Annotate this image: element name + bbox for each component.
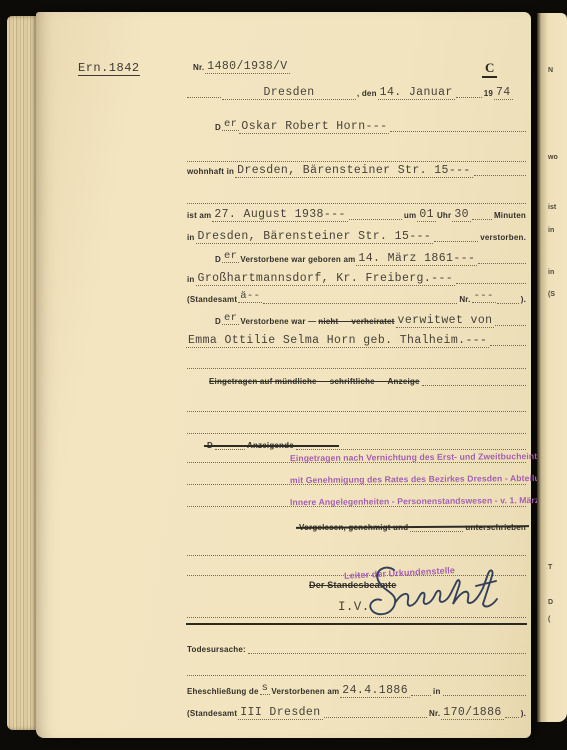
next-page-edge: N wo ist in in (S T D ( bbox=[537, 13, 567, 722]
year-prefix: 19 bbox=[483, 89, 494, 100]
archive-file-note: Ern.1842 bbox=[78, 61, 140, 76]
blank-rule bbox=[187, 555, 526, 556]
residence-line: wohnhaft in Dresden, Bärensteiner Str. 1… bbox=[186, 162, 527, 178]
blank-rule bbox=[187, 411, 526, 412]
marital-status-value: verwitwet von bbox=[396, 314, 495, 328]
death-record-page: Ern.1842 Nr. 1480/1938/V C Dresden , den… bbox=[36, 12, 531, 738]
died-on-label: ist am bbox=[186, 211, 212, 222]
strike-line bbox=[204, 445, 339, 447]
blank-rule bbox=[187, 675, 526, 676]
death-date-line: ist am 27. August 1938--- um 01 Uhr 30 M… bbox=[186, 206, 527, 222]
report-clause-line: Eingetragen auf mündliche — schriftliche… bbox=[208, 372, 527, 388]
den-label: , den bbox=[356, 89, 378, 100]
cause-of-death-line: Todesursache: bbox=[186, 640, 527, 656]
close-paren-label: ). bbox=[520, 295, 527, 306]
next-page-fragment: in bbox=[548, 227, 554, 234]
death-minute-value: 30 bbox=[452, 208, 471, 222]
residence-value: Dresden, Bärensteiner Str. 15--- bbox=[235, 164, 473, 178]
nr-label: Nr. bbox=[192, 63, 205, 74]
death-hour-value: 01 bbox=[417, 208, 436, 222]
at-label: um bbox=[403, 211, 417, 222]
birth-place-line: in Großhartmannsdorf, Kr. Freiberg.--- bbox=[186, 270, 527, 286]
book-page-stack bbox=[7, 16, 38, 730]
read-approved-text: Vorgelesen, genehmigt und bbox=[298, 523, 409, 534]
next-page-fragment: D bbox=[548, 599, 553, 606]
marriage-label-a: Eheschließung de bbox=[186, 687, 260, 698]
next-page-fragment: wo bbox=[548, 154, 558, 161]
marriage-date-value: 24.4.1886 bbox=[340, 684, 410, 698]
marriage-nr-value: 170/1886 bbox=[441, 706, 503, 720]
deceased-name-line: D er Oskar Robert Horn--- bbox=[214, 118, 527, 134]
d-article-label: D bbox=[214, 255, 222, 266]
next-page-fragment: (S bbox=[548, 291, 555, 298]
was-label: Verstorbene war — bbox=[239, 317, 317, 328]
scanned-death-record: Ern.1842 Nr. 1480/1938/V C Dresden , den… bbox=[0, 0, 567, 750]
in-label: in bbox=[186, 233, 196, 244]
d-article-suffix: er bbox=[222, 312, 239, 325]
blank-rule bbox=[187, 506, 526, 507]
blank-rule bbox=[187, 462, 526, 463]
birth-place-value: Großhartmannsdorf, Kr. Freiberg.--- bbox=[196, 272, 456, 286]
next-page-fragment: T bbox=[548, 564, 552, 571]
marriage-registry-line: (Standesamt III Dresden Nr. 170/1886 ). bbox=[186, 704, 527, 720]
struck-report-text: Eingetragen auf mündliche — schriftliche… bbox=[208, 377, 421, 388]
born-on-label: Verstorbene war geboren am bbox=[239, 255, 356, 266]
blank-rule bbox=[187, 203, 526, 204]
minutes-label: Minuten bbox=[493, 211, 527, 222]
d-article-suffix: er bbox=[222, 118, 239, 131]
blank-rule bbox=[187, 484, 526, 485]
place-date-line: Dresden , den 14. Januar 19 74 bbox=[186, 84, 527, 100]
birth-registry-line: (Standesamt ä-- Nr. --- ). bbox=[186, 290, 527, 306]
residence-label: wohnhaft in bbox=[186, 167, 235, 178]
in-label: in bbox=[432, 687, 442, 698]
standesamt-label: (Standesamt bbox=[186, 295, 238, 306]
date-value: 14. Januar bbox=[378, 86, 455, 100]
year-value: 74 bbox=[494, 86, 513, 100]
d-article-label: D bbox=[214, 123, 222, 134]
marriage-label-b: Verstorbenen am bbox=[270, 687, 340, 698]
death-date-value: 27. August 1938--- bbox=[212, 208, 347, 222]
marriage-office-value: III Dresden bbox=[238, 706, 322, 720]
next-page-fragment: N bbox=[548, 67, 553, 74]
standesamt-value: ä-- bbox=[238, 290, 262, 303]
blank-rule bbox=[187, 617, 526, 618]
nr-label: Nr. bbox=[428, 709, 441, 720]
death-place-line: in Dresden, Bärensteiner Str. 15--- vers… bbox=[186, 228, 527, 244]
section-divider-rule bbox=[186, 623, 527, 625]
in-label: in bbox=[186, 275, 196, 286]
hour-label: Uhr bbox=[436, 211, 452, 222]
spouse-line: Emma Ottilie Selma Horn geb. Thalheim.--… bbox=[186, 332, 527, 348]
birth-date-line: D er Verstorbene war geboren am 14. März… bbox=[214, 250, 527, 266]
deceased-label: verstorben. bbox=[479, 233, 527, 244]
close-paren-label: ). bbox=[520, 709, 527, 720]
marriage-article-suffix: s bbox=[260, 682, 271, 695]
marriage-line: Eheschließung de s Verstorbenen am 24.4.… bbox=[186, 682, 527, 698]
next-page-fragment: in bbox=[548, 269, 554, 276]
struck-not-married-text: nicht — verheiratet bbox=[317, 317, 395, 328]
birth-date-value: 14. März 1861--- bbox=[356, 252, 477, 266]
place-value: Dresden bbox=[222, 86, 356, 100]
cause-of-death-label: Todesursache: bbox=[186, 645, 247, 656]
spouse-name-value: Emma Ottilie Selma Horn geb. Thalheim.--… bbox=[186, 334, 489, 348]
marital-status-line: D er Verstorbene war — nicht — verheirat… bbox=[214, 312, 527, 328]
d-article-label: D bbox=[214, 317, 222, 328]
death-place-value: Dresden, Bärensteiner Str. 15--- bbox=[196, 230, 434, 244]
next-page-fragment: ( bbox=[548, 616, 550, 623]
standesamt-label: (Standesamt bbox=[186, 709, 238, 720]
next-page-fragment: ist bbox=[548, 204, 556, 211]
nr-label: Nr. bbox=[458, 295, 471, 306]
blank-rule bbox=[187, 368, 526, 369]
registry-nr-value: --- bbox=[472, 290, 496, 303]
registry-number-value: 1480/1938/V bbox=[205, 60, 289, 74]
deceased-name-value: Oskar Robert Horn--- bbox=[239, 120, 389, 134]
blank-rule bbox=[187, 433, 526, 434]
register-copy-letter: C bbox=[482, 60, 497, 78]
d-article-suffix: er bbox=[222, 250, 239, 263]
